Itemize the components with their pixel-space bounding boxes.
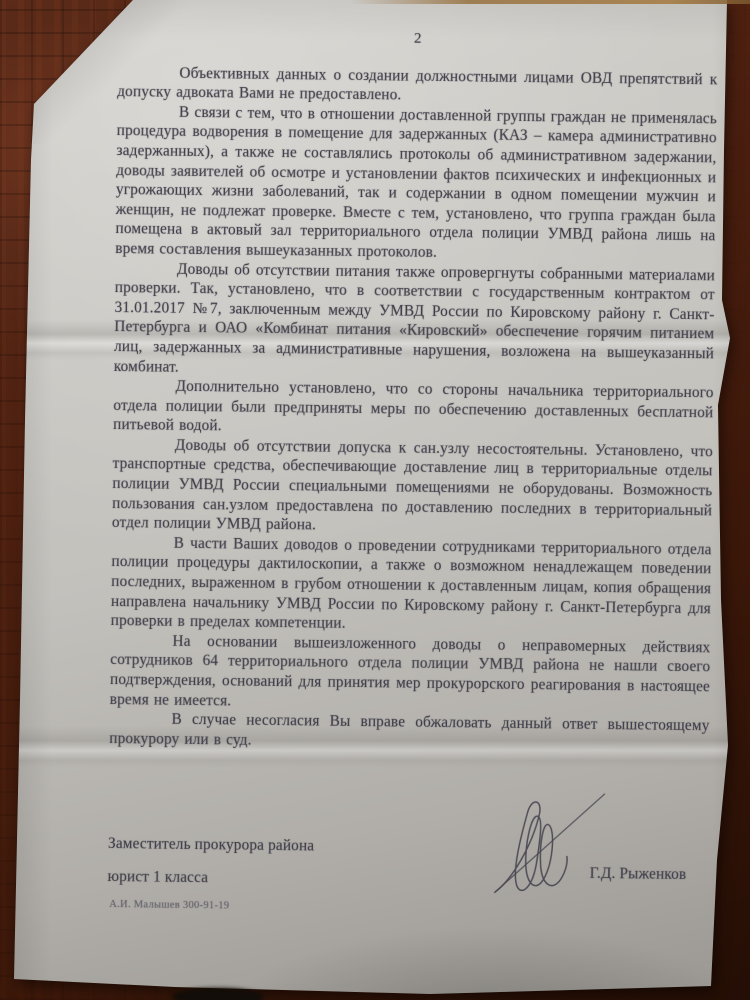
document-paragraph: Доводы об отсутствии питания также опров… bbox=[114, 259, 715, 384]
signer-position-line1: Заместитель прокурора района bbox=[108, 834, 314, 856]
document-paragraph: Доводы об отсутствии допуска к сан.узлу … bbox=[112, 435, 713, 540]
document-paragraphs: Объективных данных о создании должностны… bbox=[109, 63, 717, 756]
document-paragraph: В части Ваших доводов о проведении сотру… bbox=[111, 533, 712, 638]
document-text: 2 Объективных данных о создании должност… bbox=[106, 26, 718, 983]
document-paragraph: Дополнительно установлено, что со сторон… bbox=[113, 376, 714, 442]
page-number: 2 bbox=[118, 26, 718, 53]
executor-note: А.И. Малышев 300-91-19 bbox=[109, 895, 229, 916]
table-shadow-blob bbox=[172, 988, 264, 1000]
table-edge-highlight bbox=[350, 0, 750, 4]
signature-scribble-icon bbox=[485, 786, 637, 938]
document-paragraph: В связи с тем, что в отношении доставлен… bbox=[115, 102, 717, 266]
signer-position-line2: юрист 1 класса bbox=[107, 867, 208, 888]
document-photo: 2 Объективных данных о создании должност… bbox=[0, 0, 750, 1000]
document-paragraph: В случае несогласия Вы вправе обжаловать… bbox=[109, 709, 709, 756]
document-page: 2 Объективных данных о создании должност… bbox=[0, 0, 750, 1000]
document-paragraph: На основании вышеизложенного доводы о не… bbox=[110, 631, 711, 717]
